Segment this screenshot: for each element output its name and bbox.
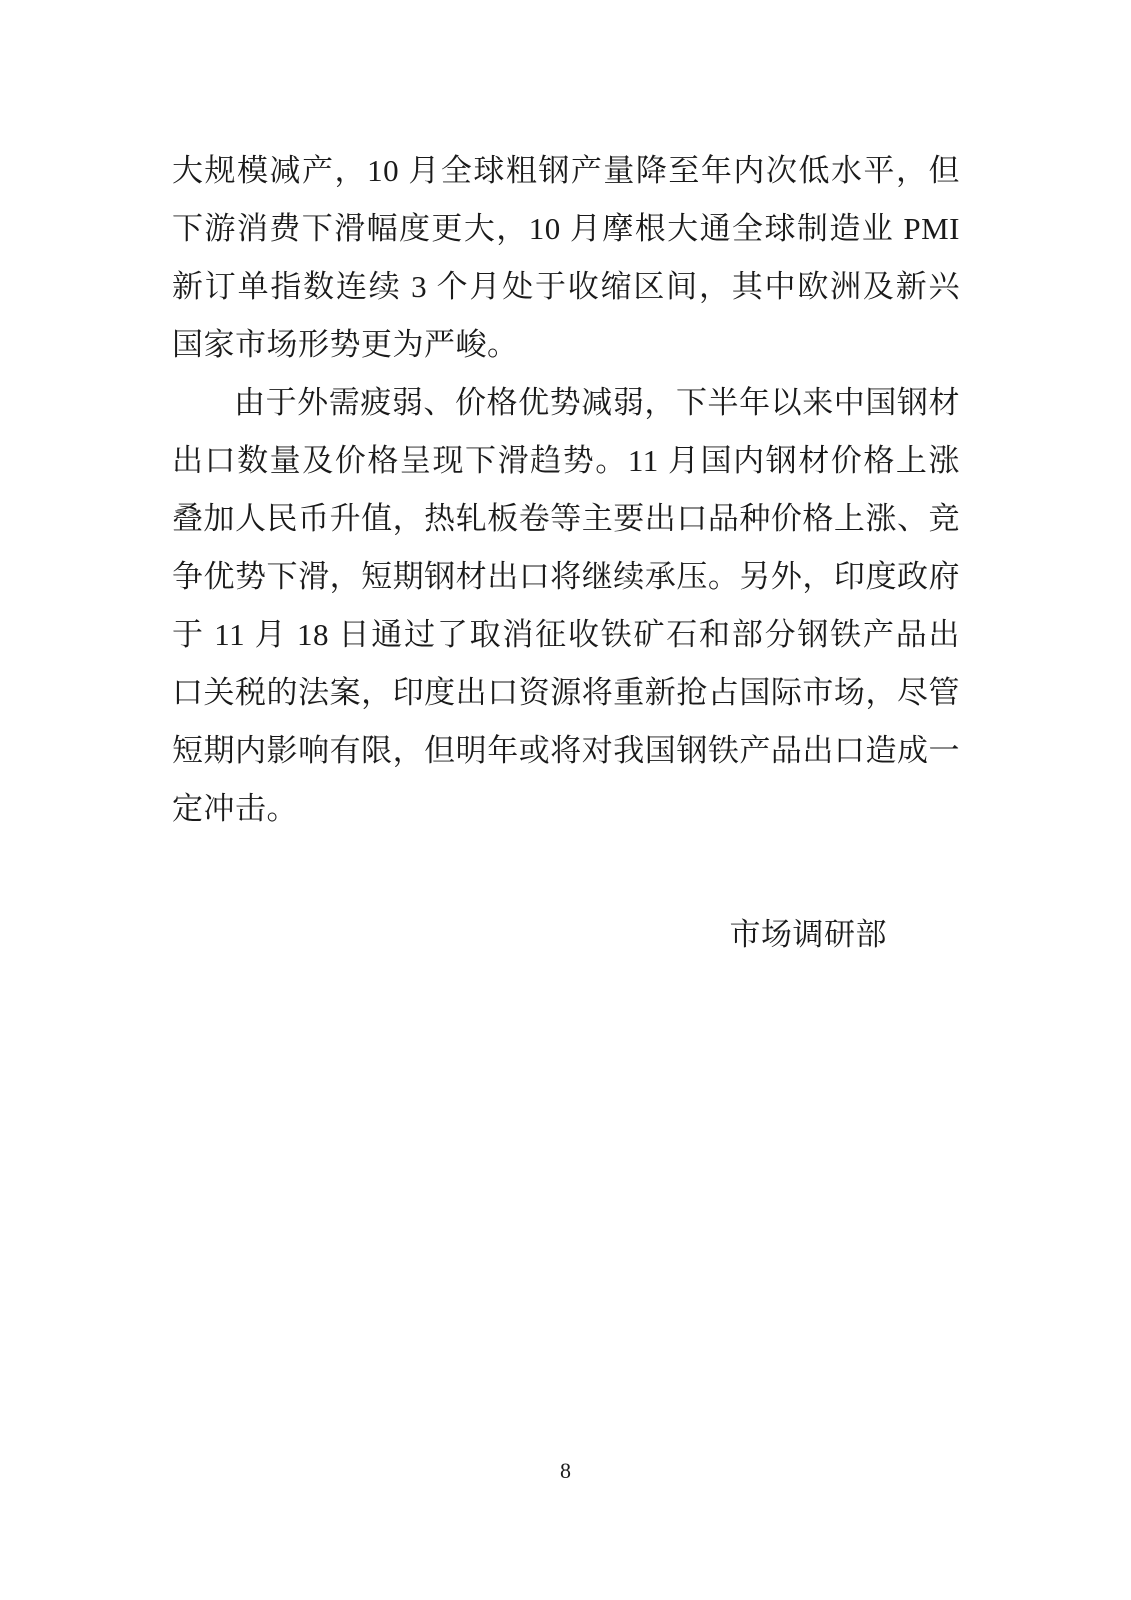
page-number: 8 [0,1458,1131,1484]
paragraph-continuation: 大规模减产，10 月全球粗钢产量降至年内次低水平，但下游消费下滑幅度更大，10 … [172,142,960,374]
signature-department: 市场调研部 [730,906,888,964]
paragraph-export-outlook: 由于外需疲弱、价格优势减弱，下半年以来中国钢材出口数量及价格呈现下滑趋势。11 … [172,374,960,838]
document-page: 大规模减产，10 月全球粗钢产量降至年内次低水平，但下游消费下滑幅度更大，10 … [0,0,1131,1600]
body-text-block: 大规模减产，10 月全球粗钢产量降至年内次低水平，但下游消费下滑幅度更大，10 … [172,142,960,838]
